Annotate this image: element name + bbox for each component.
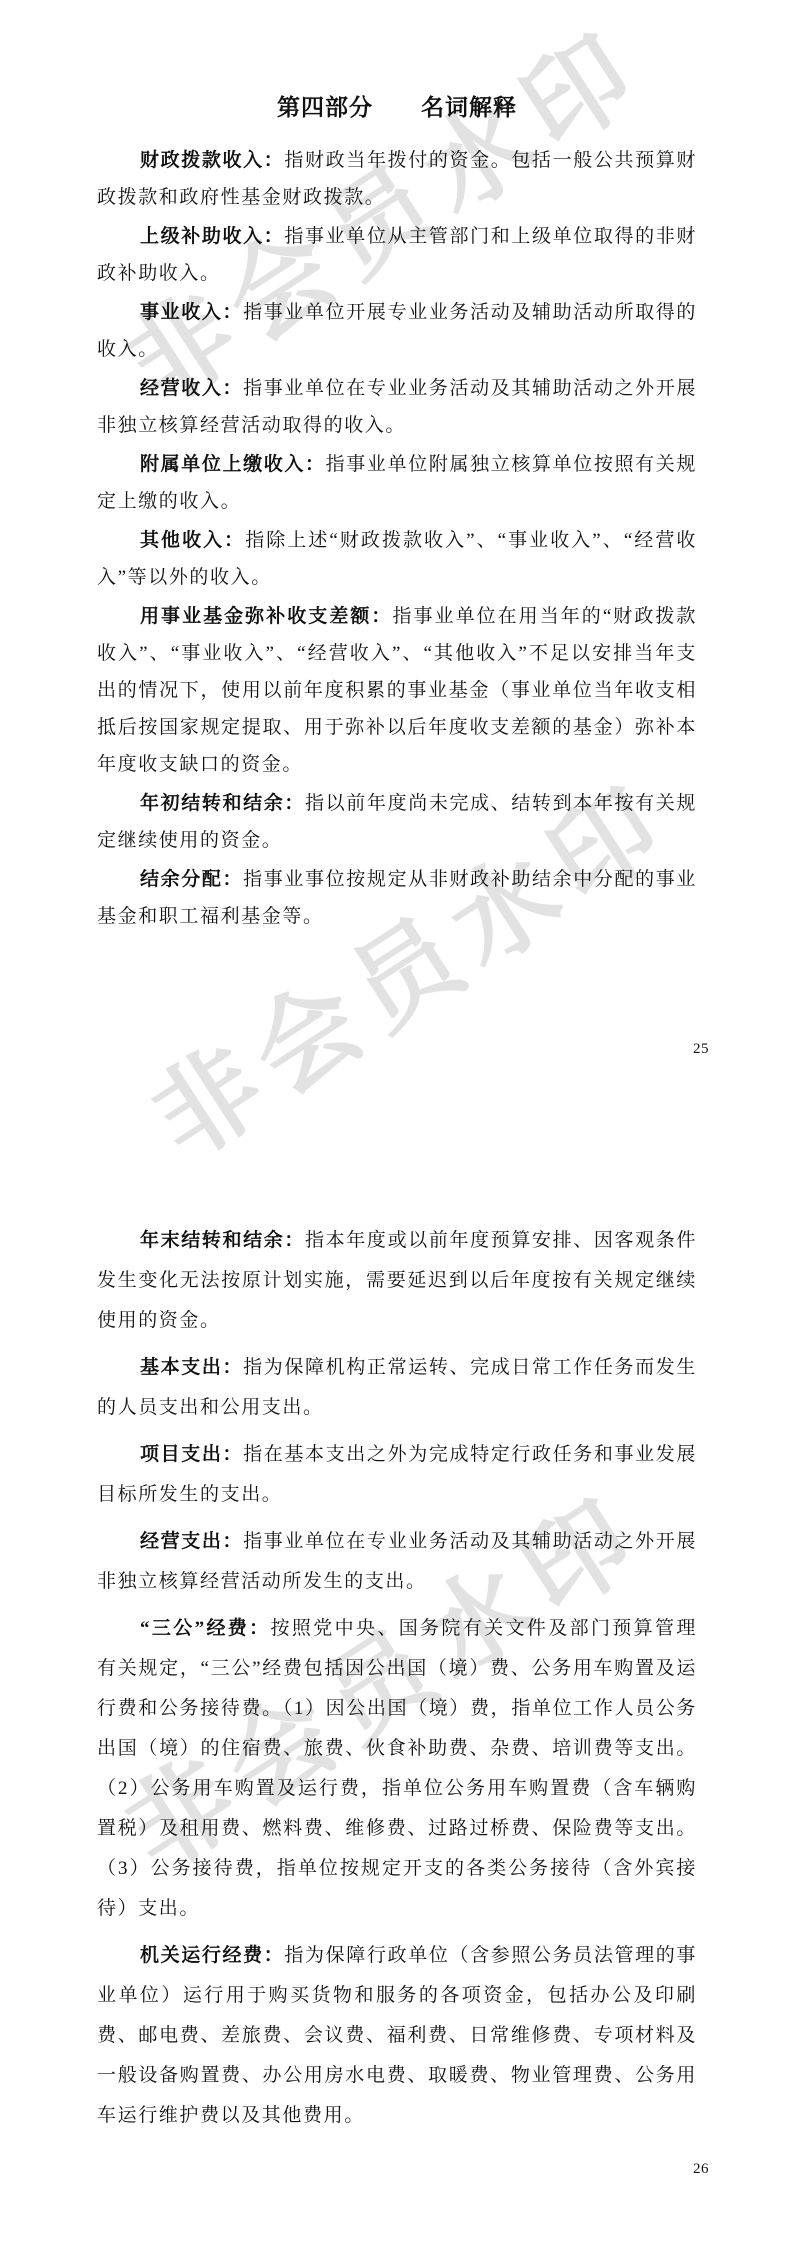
definition-paragraph: 上级补助收入：指事业单位从主管部门和上级单位取得的非财政补助收入。 — [97, 218, 697, 292]
page-1-paragraphs: 财政拨款收入：指财政当年拨付的资金。包括一般公共预算财政拨款和政府性基金财政拨款… — [97, 142, 697, 935]
definition-paragraph: 年末结转和结余：指本年度或以前年度预算安排、因客观条件发生变化无法按原计划实施，… — [97, 1221, 697, 1341]
definition-text: 指事业单位在用当年的“财政拨款收入”、“事业收入”、“经营收入”、“其他收入”不… — [97, 606, 697, 775]
term-label: 用事业基金弥补收支差额： — [140, 606, 392, 627]
term-label: 项目支出： — [140, 1444, 243, 1465]
term-label: 上级补助收入： — [140, 226, 284, 247]
term-label: 经营收入： — [140, 378, 243, 399]
definition-paragraph: 经营支出：指事业单位在专业业务活动及其辅助活动之外开展非独立核算经营活动所发生的… — [97, 1522, 697, 1602]
term-label: 经营支出： — [140, 1531, 243, 1552]
definition-paragraph: 用事业基金弥补收支差额：指事业单位在用当年的“财政拨款收入”、“事业收入”、“经… — [97, 598, 697, 783]
term-label: 结余分配： — [140, 869, 243, 890]
definition-paragraph: 财政拨款收入：指财政当年拨付的资金。包括一般公共预算财政拨款和政府性基金财政拨款… — [97, 142, 697, 216]
term-label: “三公”经费： — [140, 1618, 271, 1639]
page-number-25: 25 — [693, 1041, 709, 1058]
page-2: 年末结转和结余：指本年度或以前年度预算安排、因客观条件发生变化无法按原计划实施，… — [97, 1221, 697, 2143]
term-label: 基本支出： — [140, 1357, 243, 1378]
section-title: 第四部分 名词解释 — [97, 92, 697, 124]
definition-paragraph: 经营收入：指事业单位在专业业务活动及其辅助活动之外开展非独立核算经营活动取得的收… — [97, 370, 697, 444]
page-1: 第四部分 名词解释 财政拨款收入：指财政当年拨付的资金。包括一般公共预算财政拨款… — [97, 92, 697, 937]
term-label: 财政拨款收入： — [140, 150, 284, 171]
definition-paragraph: “三公”经费：按照党中央、国务院有关文件及部门预算管理有关规定，“三公”经费包括… — [97, 1609, 697, 1929]
definition-paragraph: 附属单位上缴收入：指事业单位附属独立核算单位按照有关规定上缴的收入。 — [97, 446, 697, 520]
definition-paragraph: 结余分配：指事业事位按规定从非财政补助结余中分配的事业基金和职工福利基金等。 — [97, 861, 697, 935]
document: 非会员水印 非会员水印 非会员水印 第四部分 名词解释 财政拨款收入：指财政当年… — [0, 0, 793, 2244]
term-label: 事业收入： — [140, 302, 243, 323]
definition-paragraph: 事业收入：指事业单位开展专业业务活动及辅助活动所取得的收入。 — [97, 294, 697, 368]
page-number-26: 26 — [693, 2161, 709, 2178]
definition-paragraph: 其他收入：指除上述“财政拨款收入”、“事业收入”、“经营收入”等以外的收入。 — [97, 522, 697, 596]
page-2-paragraphs: 年末结转和结余：指本年度或以前年度预算安排、因客观条件发生变化无法按原计划实施，… — [97, 1221, 697, 2136]
definition-text: 按照党中央、国务院有关文件及部门预算管理有关规定，“三公”经费包括因公出国（境）… — [97, 1618, 697, 1919]
definition-paragraph: 年初结转和结余：指以前年度尚未完成、结转到本年按有关规定继续使用的资金。 — [97, 785, 697, 859]
term-label: 机关运行经费： — [140, 1945, 284, 1966]
term-label: 附属单位上缴收入： — [140, 454, 326, 475]
term-label: 其他收入： — [140, 530, 245, 551]
definition-paragraph: 项目支出：指在基本支出之外为完成特定行政任务和事业发展目标所发生的支出。 — [97, 1435, 697, 1515]
definition-paragraph: 基本支出：指为保障机构正常运转、完成日常工作任务而发生的人员支出和公用支出。 — [97, 1348, 697, 1428]
term-label: 年末结转和结余： — [140, 1230, 305, 1251]
definition-paragraph: 机关运行经费：指为保障行政单位（含参照公务员法管理的事业单位）运行用于购买货物和… — [97, 1936, 697, 2136]
definition-text: 指为保障行政单位（含参照公务员法管理的事业单位）运行用于购买货物和服务的各项资金… — [97, 1945, 697, 2126]
term-label: 年初结转和结余： — [140, 793, 305, 814]
